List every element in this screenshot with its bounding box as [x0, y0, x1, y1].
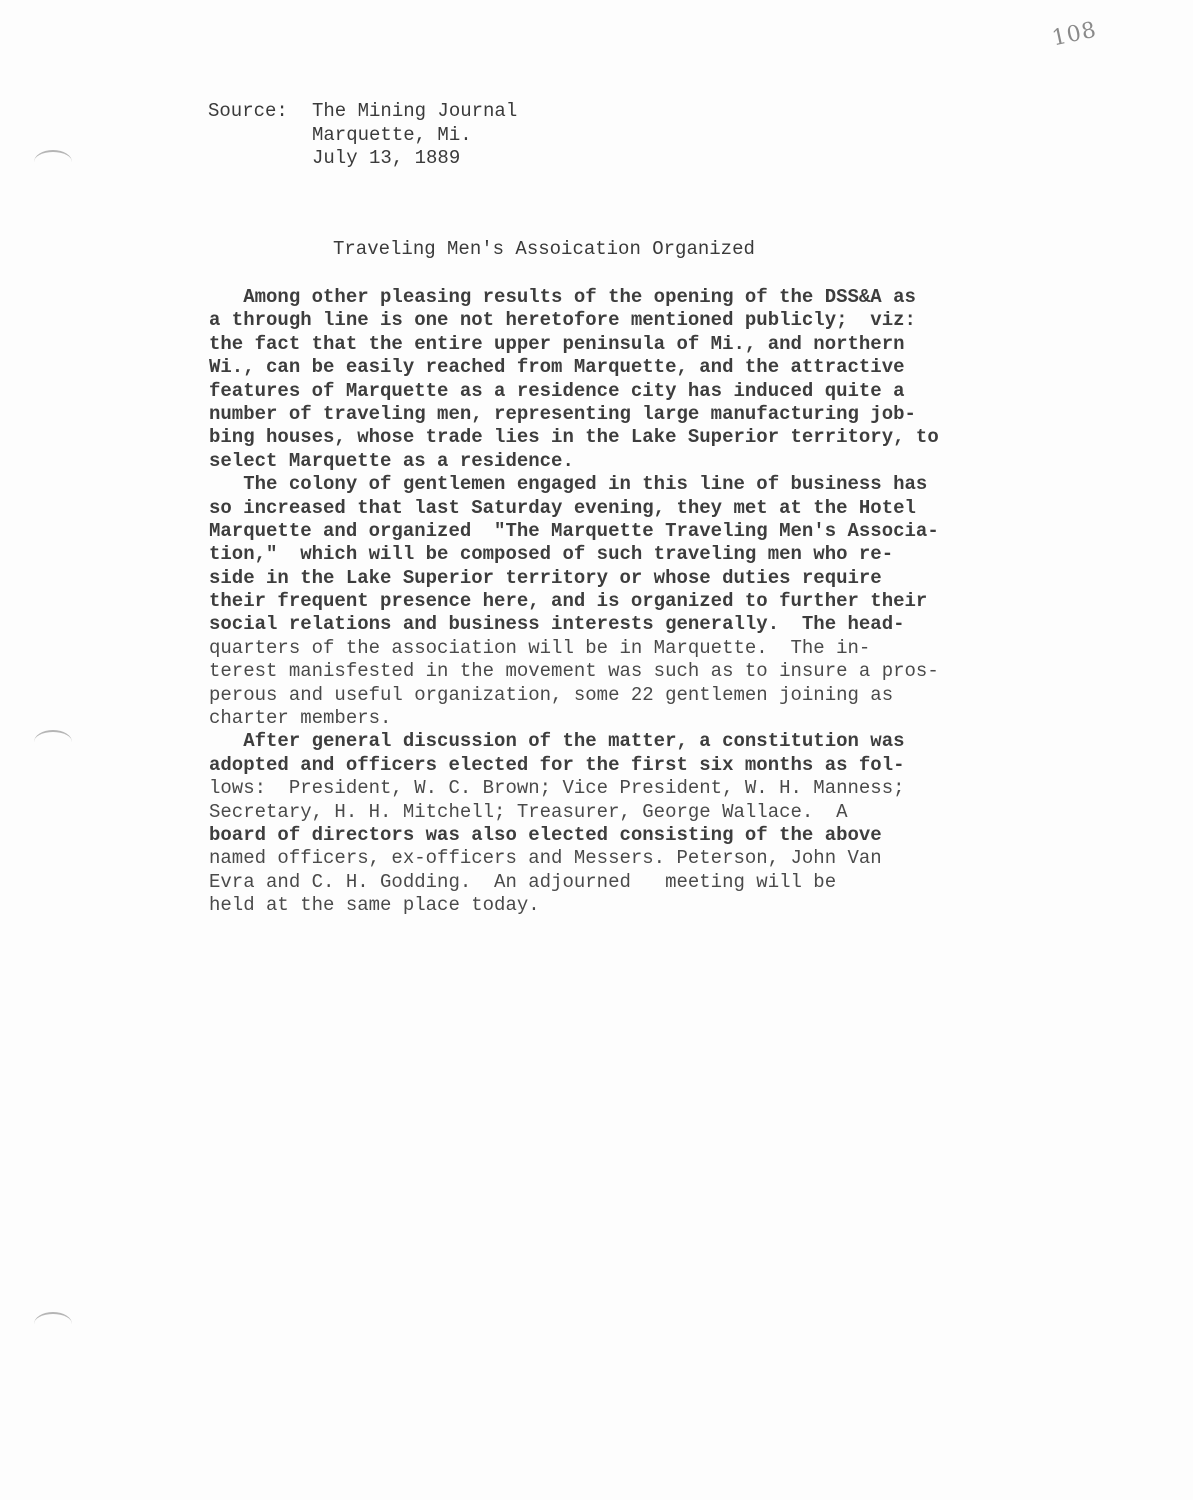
text-line: The colony of gentlemen engaged in this … — [209, 473, 939, 496]
text-line: Evra and C. H. Godding. An adjourned mee… — [209, 871, 939, 894]
text-line: select Marquette as a residence. — [209, 450, 939, 473]
source-location: Marquette, Mi. — [312, 124, 517, 148]
paragraph-2: The colony of gentlemen engaged in this … — [209, 473, 939, 730]
article-body: Among other pleasing results of the open… — [209, 286, 939, 918]
source-label: Source: — [208, 100, 312, 171]
text-line: adopted and officers elected for the fir… — [209, 754, 939, 777]
text-line: their frequent presence here, and is org… — [209, 590, 939, 613]
text-line: features of Marquette as a residence cit… — [209, 380, 939, 403]
text-line: quarters of the association will be in M… — [209, 637, 939, 660]
source-publication: The Mining Journal — [312, 100, 517, 124]
text-line: social relations and business interests … — [209, 613, 939, 636]
text-line: After general discussion of the matter, … — [209, 730, 939, 753]
text-line: lows: President, W. C. Brown; Vice Presi… — [209, 777, 939, 800]
text-line: number of traveling men, representing la… — [209, 403, 939, 426]
paragraph-3: After general discussion of the matter, … — [209, 730, 939, 917]
text-line: charter members. — [209, 707, 939, 730]
source-date: July 13, 1889 — [312, 147, 517, 171]
text-line: bing houses, whose trade lies in the Lak… — [209, 426, 939, 449]
handwritten-page-number: 108 — [1050, 18, 1099, 52]
text-line: the fact that the entire upper peninsula… — [209, 333, 939, 356]
text-line: Secretary, H. H. Mitchell; Treasurer, Ge… — [209, 801, 939, 824]
article-title: Traveling Men's Assoication Organized — [333, 238, 755, 260]
paragraph-1: Among other pleasing results of the open… — [209, 286, 939, 473]
text-line: held at the same place today. — [209, 894, 939, 917]
text-line: so increased that last Saturday evening,… — [209, 497, 939, 520]
binder-hole-mark-middle — [34, 730, 72, 754]
binder-hole-mark-top — [34, 150, 72, 174]
text-line: side in the Lake Superior territory or w… — [209, 567, 939, 590]
text-line: Wi., can be easily reached from Marquett… — [209, 356, 939, 379]
text-line: board of directors was also elected cons… — [209, 824, 939, 847]
text-line: Among other pleasing results of the open… — [209, 286, 939, 309]
text-line: tion," which will be composed of such tr… — [209, 543, 939, 566]
text-line: terest manisfested in the movement was s… — [209, 660, 939, 683]
binder-hole-mark-bottom — [34, 1312, 72, 1336]
text-line: a through line is one not heretofore men… — [209, 309, 939, 332]
text-line: perous and useful organization, some 22 … — [209, 684, 939, 707]
text-line: named officers, ex-officers and Messers.… — [209, 847, 939, 870]
source-citation: Source: The Mining Journal Marquette, Mi… — [208, 100, 517, 171]
text-line: Marquette and organized "The Marquette T… — [209, 520, 939, 543]
